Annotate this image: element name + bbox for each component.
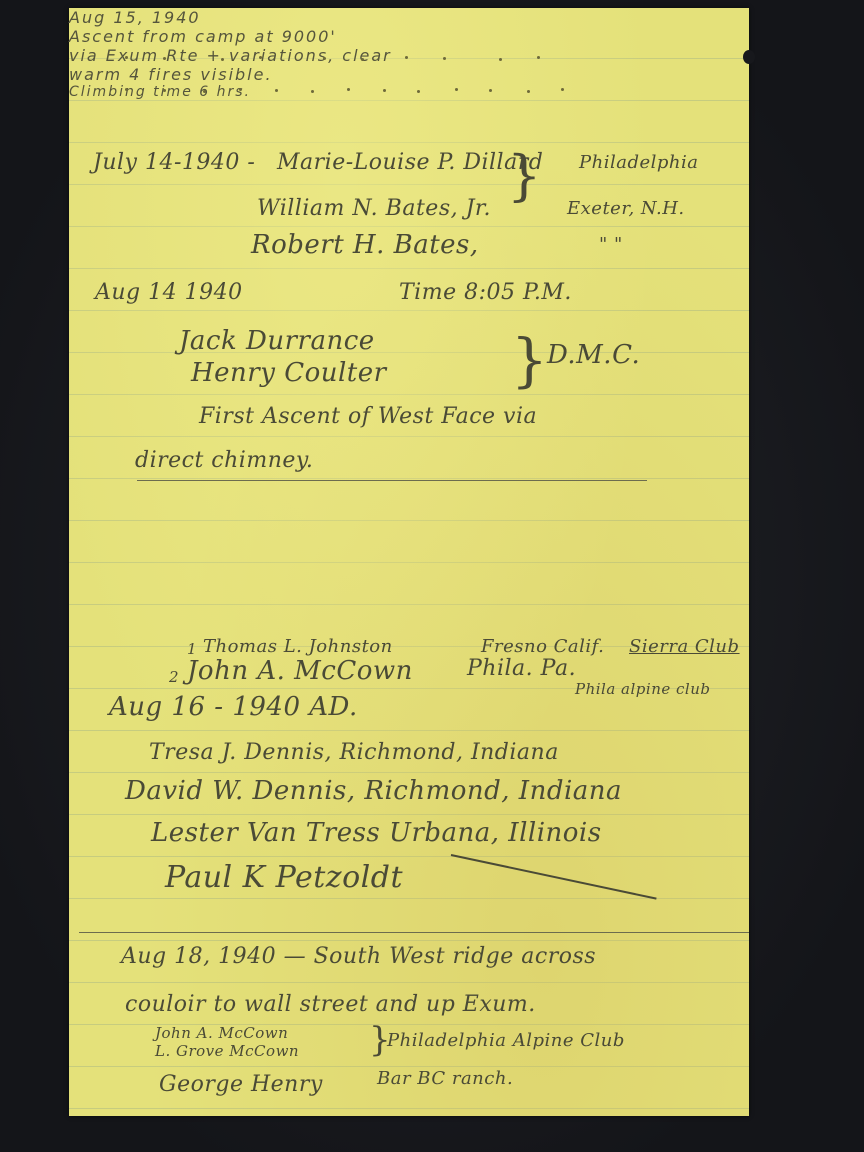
perforation-hole	[417, 90, 420, 93]
entry-aug15-num-2: 2	[169, 668, 179, 686]
entry-aug18-club: Philadelphia Alpine Club	[387, 1030, 625, 1051]
entry-aug18-name-2: L. Grove McCown	[155, 1042, 299, 1060]
perforation-hole	[405, 56, 408, 59]
section-divider	[79, 932, 749, 933]
perforation-hole	[323, 57, 326, 60]
brace-icon: }	[511, 326, 548, 394]
perforation-hole	[239, 88, 242, 91]
brace-icon: }	[507, 144, 541, 207]
entry-aug14-note-1: First Ascent of West Face via	[199, 404, 537, 429]
entry-aug16-line-4: Paul K Petzoldt	[165, 860, 403, 895]
perforation-hole	[203, 90, 206, 93]
perforation-hole	[489, 89, 492, 92]
perforation-hole	[259, 56, 262, 59]
entry-aug16-date: Aug 16 - 1940 AD.	[109, 692, 358, 722]
entry-july14-place-3: " "	[599, 234, 623, 255]
entry-aug14-time: Time 8:05 P.M.	[399, 280, 572, 305]
perforation-hole	[383, 89, 386, 92]
perforation-hole	[125, 56, 128, 59]
entry-aug14-note-2: direct chimney.	[135, 448, 313, 473]
entry-aug18-last-name: George Henry	[159, 1072, 323, 1097]
entry-aug14-name-2: Henry Coulter	[191, 358, 387, 388]
entry-aug16-line-1: Tresa J. Dennis, Richmond, Indiana	[149, 740, 559, 765]
entry-aug15-place-1: Fresno Calif.	[481, 636, 604, 657]
entry-aug15-climber-2: John A. McCown	[187, 656, 413, 686]
register-page: July 14-1940 - Marie-Louise P. Dillard P…	[69, 8, 749, 1116]
perforation-hole	[537, 56, 540, 59]
entry-july14-date: July 14-1940 -	[93, 150, 255, 175]
entry-aug14-name-1: Jack Durrance	[179, 326, 375, 356]
perforation-hole	[499, 58, 502, 61]
entry-july14-name-3: Robert H. Bates,	[251, 230, 479, 260]
perforation-hole	[561, 88, 564, 91]
perforation-hole	[347, 88, 350, 91]
entry-aug14-date: Aug 14 1940	[95, 280, 243, 305]
perforation-hole	[163, 89, 166, 92]
entry-aug18-last-place: Bar BC ranch.	[377, 1068, 513, 1089]
entry-aug15-club-2: Phila alpine club	[575, 680, 710, 698]
perforation-hole	[311, 90, 314, 93]
entry-aug18-line-1: Aug 18, 1940 — South West ridge across	[121, 944, 596, 969]
entry-aug16-line-3: Lester Van Tress Urbana, Illinois	[151, 818, 602, 848]
entry-aug15-climber-1: Thomas L. Johnston	[203, 636, 393, 657]
perforation-holes	[69, 8, 749, 128]
entry-aug15-club-1: Sierra Club	[629, 636, 740, 657]
underline	[137, 480, 647, 481]
perforation-hole	[443, 57, 446, 60]
perforation-hole	[163, 57, 166, 60]
entry-july14-place-2: Exeter, N.H.	[567, 198, 685, 219]
entry-aug14-club: D.M.C.	[547, 340, 640, 370]
entry-aug15-place-2: Phila. Pa.	[467, 656, 576, 681]
entry-july14-place-1: Philadelphia	[579, 152, 698, 173]
pencil-stroke	[451, 854, 657, 900]
perforation-hole	[221, 58, 224, 61]
entry-july14-name-2: William N. Bates, Jr.	[257, 196, 491, 221]
perforation-hole	[275, 89, 278, 92]
perforation-hole	[455, 88, 458, 91]
entry-aug16-line-2: David W. Dennis, Richmond, Indiana	[125, 776, 622, 806]
entry-aug18-name-1: John A. McCown	[155, 1024, 288, 1042]
perforation-hole	[125, 88, 128, 91]
entry-july14-name-1: Marie-Louise P. Dillard	[277, 150, 543, 175]
perforation-hole	[527, 90, 530, 93]
perforation-hole	[361, 58, 364, 61]
entry-aug18-line-2: couloir to wall street and up Exum.	[125, 992, 536, 1017]
